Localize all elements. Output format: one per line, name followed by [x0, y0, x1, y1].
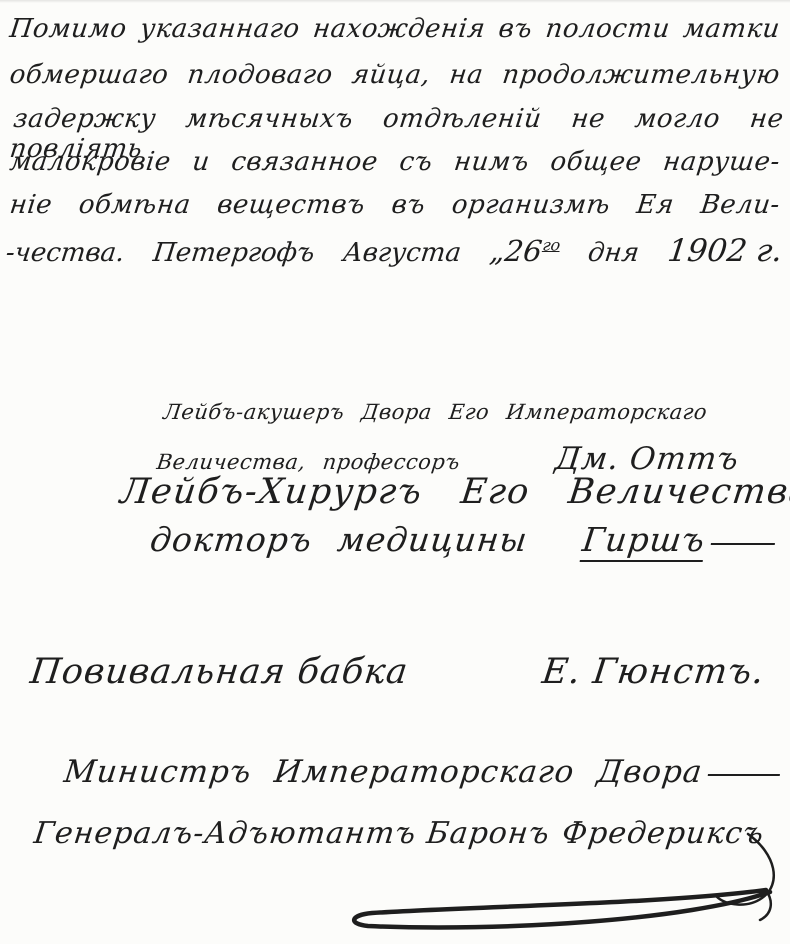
hyphenated-word: -чества.	[4, 238, 126, 268]
pen-stroke	[708, 774, 780, 776]
signature-gunst-name: Е. Гюнстъ.	[540, 652, 767, 692]
signature-flourish	[330, 832, 790, 942]
date-day-suffix: го	[541, 235, 561, 254]
manuscript-line: ніе обмѣна веществъ въ организмѣ Ея Вели…	[8, 190, 782, 220]
date-year: 1902 г.	[666, 233, 785, 269]
manuscript-line: Помимо указаннаго нахожденія въ полости …	[8, 14, 782, 44]
date-day-number: 26	[503, 234, 544, 268]
manuscript-dateline: -чества. Петергофъ Августа „26го дня 190…	[4, 233, 784, 269]
signature-gunst: Повивальная бабка Е. Гюнстъ.	[28, 652, 767, 692]
signature-gunst-title: Повивальная бабка	[28, 652, 411, 692]
manuscript-page: Помимо указаннаго нахожденія въ полости …	[0, 0, 790, 944]
signature-ott-line1: Лейбъ-акушеръ Двора Его Императорскаго	[162, 400, 709, 424]
signature-hirsch-line1: Лейбъ-Хирургъ Его Величества	[118, 472, 790, 512]
manuscript-line: обмершаго плодоваго яйца, на продолжител…	[8, 60, 782, 90]
manuscript-line: малокровіе и связанное съ нимъ общее нар…	[8, 147, 782, 177]
signature-hirsch-line2: докторъ медицины Гиршъ	[148, 520, 778, 559]
signature-hirsch-name: Гиршъ	[580, 520, 708, 562]
signature-ott-title: Величества, профессоръ	[155, 450, 461, 474]
date-day: „26го	[488, 234, 562, 268]
place-name: Петергофъ	[151, 238, 316, 268]
signature-fredericks-title: Министръ Императорскаго Двора	[62, 754, 705, 790]
date-month: Августа	[341, 238, 462, 268]
pen-stroke	[711, 543, 775, 545]
signature-fredericks-line1: Министръ Императорскаго Двора	[62, 754, 783, 790]
signature-hirsch-title: докторъ медицины	[148, 520, 530, 559]
date-day-label: дня	[586, 238, 641, 268]
